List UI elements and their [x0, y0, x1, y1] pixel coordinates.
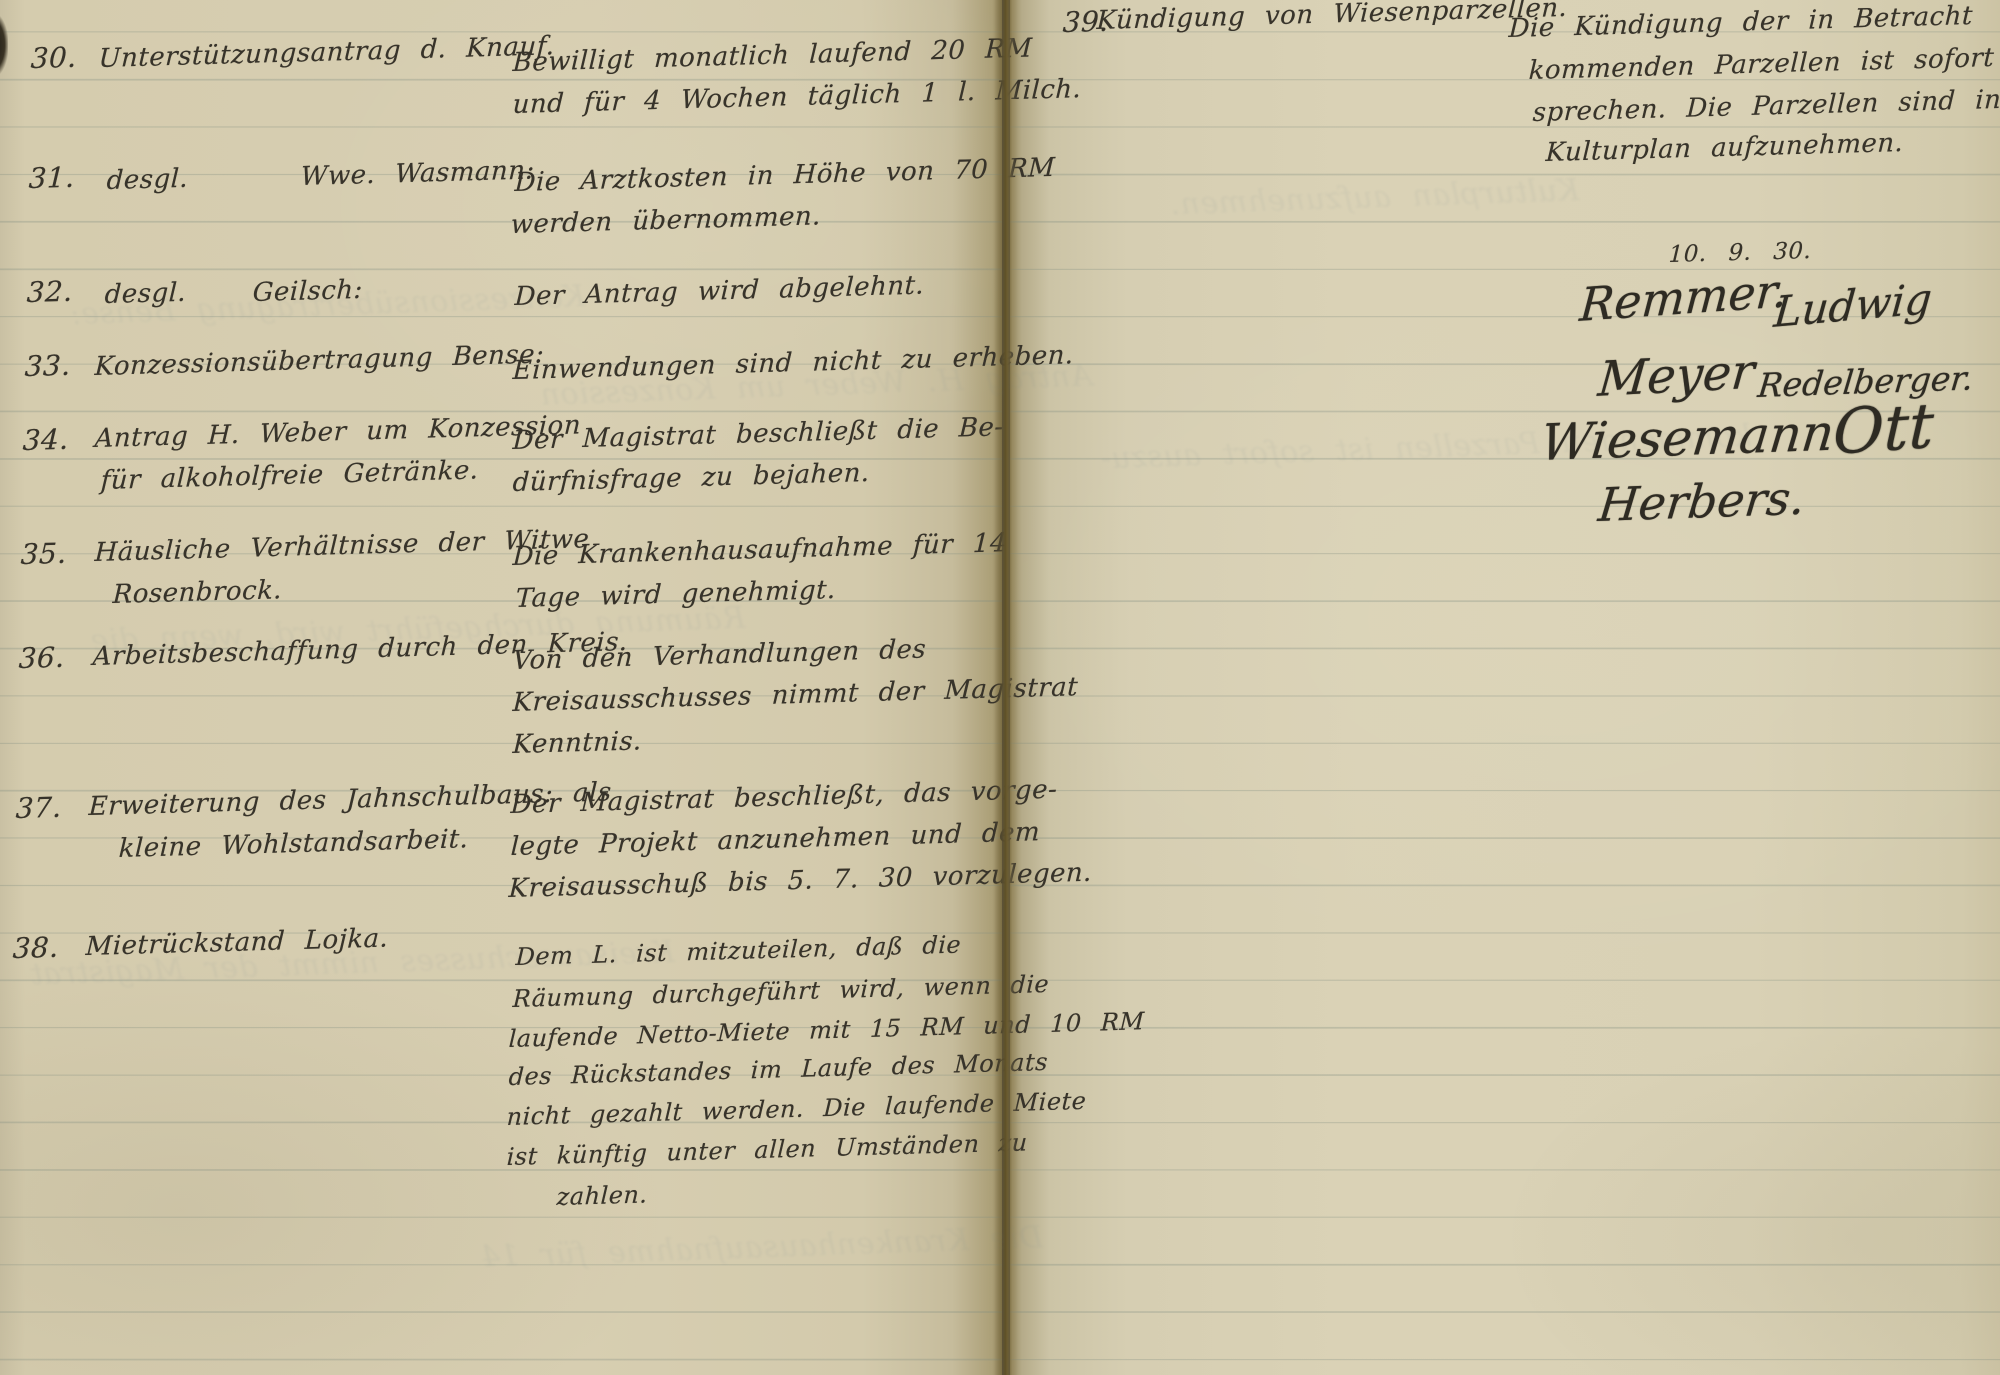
signature: Meyer — [1596, 343, 1757, 408]
entry-decision-line: werden übernommen. — [510, 199, 822, 242]
ledger-scan-spread: Konzessionsübertragung Bense: Räumung du… — [0, 0, 2000, 1375]
entry-decision-line: legte Projekt anzunehmen und dem — [510, 815, 1041, 864]
entry-number: 38. — [12, 931, 59, 966]
entry-decision-line: zahlen. — [556, 1177, 648, 1214]
signature: Ott — [1832, 389, 1935, 469]
entry-number: 30. — [30, 41, 77, 76]
entry-topic-line: Konzessionsübertragung Bense: — [94, 337, 545, 384]
entry-topic-line: Unterstützungsantrag d. Knauf. — [98, 29, 555, 76]
entry-topic-line: Geilsch: — [252, 273, 364, 310]
entry-number: 32. — [26, 275, 73, 310]
signature: Remmer. — [1578, 263, 1789, 332]
bleedthrough-ghost-text: Die Krankenhausaufnahme für 14 — [480, 1220, 1044, 1275]
entry-number: 33. — [24, 349, 71, 384]
entry-topic-line: kleine Wohlstandsarbeit. — [118, 822, 469, 866]
entry-number: 36. — [18, 641, 65, 676]
signature: Wiesemann — [1538, 404, 1837, 472]
entry-number: 34. — [22, 423, 69, 458]
entry-topic-line: für alkoholfreie Getränke. — [100, 453, 479, 498]
entry-number: 31. — [28, 161, 75, 196]
entry-topic-line: Rosenbrock. — [112, 573, 283, 612]
signature: Herbers. — [1596, 471, 1808, 532]
entry-decision-line: Die Kündigung der in Betracht — [1508, 0, 1974, 46]
bleedthrough-ghost-text: Kulturplan aufzunehmen. — [1170, 173, 1580, 222]
entry-topic-line: desgl. — [106, 162, 189, 198]
page-edge-smudge — [0, 14, 8, 76]
entry-decision-line: Tage wird genehmigt. — [515, 573, 837, 616]
entry-decision-line: Kenntnis. — [512, 724, 643, 762]
entry-decision-line: Kulturplan aufzunehmen. — [1545, 126, 1904, 170]
entry-decision-line: Dem L. ist mitzuteilen, daß die — [515, 928, 962, 974]
left-page: Konzessionsübertragung Bense: Räumung du… — [0, 0, 1002, 1375]
entry-topic-line: desgl. — [104, 276, 187, 312]
signature: Ludwig — [1772, 274, 1934, 337]
entry-decision-line: sprechen. Die Parzellen sind in den — [1532, 81, 2000, 130]
page-fold-gutter — [994, 0, 1018, 1375]
entry-number: 35. — [20, 537, 67, 572]
entry-decision-line: dürfnisfrage zu bejahen. — [512, 456, 870, 500]
entry-decision-line: Der Magistrat beschließt die Be- — [512, 410, 1004, 458]
entry-decision-line: kommenden Parzellen ist sofort auszu- — [1528, 38, 2000, 88]
entry-topic-line: Wwe. Wasmann: — [300, 153, 535, 194]
entry-decision-line: Der Antrag wird abgelehnt. — [514, 269, 925, 314]
entry-topic-line: Antrag H. Weber um Konzession — [94, 408, 582, 456]
entry-decision-line: Bewilligt monatlich laufend 20 RM — [512, 31, 1033, 80]
right-page: kommenden Parzellen ist sofort auszu- Ku… — [1010, 0, 2000, 1375]
entry-decision-line: ist künftig unter allen Umständen zu — [506, 1125, 1028, 1174]
entry-number: 37. — [15, 791, 62, 826]
entry-topic-line: Kündigung von Wiesenparzellen. — [1096, 0, 1568, 38]
entry-decision-line: Die Arztkosten in Höhe von 70 RM — [514, 151, 1056, 200]
